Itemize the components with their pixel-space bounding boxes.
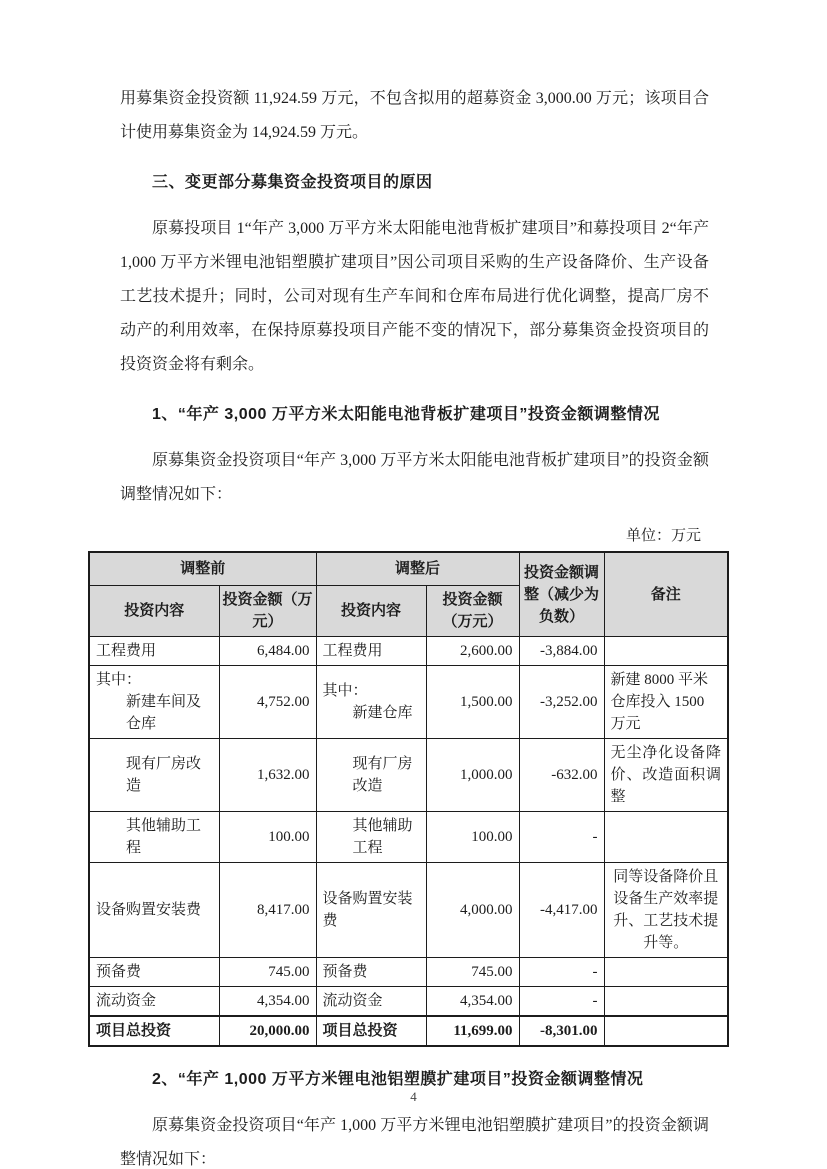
col-header-after-item: 投资内容 [316,586,426,637]
cell-remark: 同等设备降价且设备生产效率提升、工艺技术提升等。 [604,863,728,958]
col-header-before-item: 投资内容 [89,586,219,637]
table-row-working-capital: 流动资金 4,354.00 流动资金 4,354.00 - [89,987,728,1017]
table-body: 工程费用 6,484.00 工程费用 2,600.00 -3,884.00 其中… [89,637,728,1047]
cell-after-amount: 1,500.00 [426,666,519,739]
cell-after-amount: 745.00 [426,958,519,987]
table-row-equipment: 设备购置安装费 8,417.00 设备购置安装费 4,000.00 -4,417… [89,863,728,958]
cell-before-item: 其他辅助工程 [89,812,219,863]
cell-after-amount: 4,354.00 [426,987,519,1017]
col-header-after-amount: 投资金额（万元） [426,586,519,637]
cell-remark [604,637,728,666]
cell-before-item: 流动资金 [89,987,219,1017]
cell-adjustment: -8,301.00 [519,1016,604,1046]
cell-remark [604,987,728,1017]
cell-before-item: 预备费 [89,958,219,987]
col-header-adjustment: 投资金额调整（减少为负数） [519,552,604,637]
cell-adjustment: -3,252.00 [519,666,604,739]
cell-after-item: 工程费用 [316,637,426,666]
cell-after-amount: 11,699.00 [426,1016,519,1046]
cell-before-amount: 20,000.00 [219,1016,316,1046]
cell-adjustment: - [519,987,604,1017]
cell-before-amount: 4,354.00 [219,987,316,1017]
table-row-total: 项目总投资 20,000.00 项目总投资 11,699.00 -8,301.0… [89,1016,728,1046]
cell-remark: 新建 8000 平米仓库投入 1500 万元 [604,666,728,739]
col-header-before-group: 调整前 [89,552,316,586]
table-row-workshop-warehouse: 其中： 新建车间及仓库 4,752.00 其中： 新建仓库 1,500.00 -… [89,666,728,739]
cell-after-item: 项目总投资 [316,1016,426,1046]
cell-before-item: 其中： 新建车间及仓库 [89,666,219,739]
cell-after-amount: 100.00 [426,812,519,863]
adjustment-table: 调整前 调整后 投资金额调整（减少为负数） 备注 投资内容 投资金额（万元） 投… [88,551,729,1047]
table-row-plant-renovation: 现有厂房改造 1,632.00 现有厂房改造 1,000.00 -632.00 … [89,739,728,812]
cell-adjustment: -3,884.00 [519,637,604,666]
cell-after-item: 其他辅助工程 [316,812,426,863]
subsection1-paragraph: 原募集资金投资项目“年产 3,000 万平方米太阳能电池背板扩建项目”的投资金额… [120,444,709,512]
table-header: 调整前 调整后 投资金额调整（减少为负数） 备注 投资内容 投资金额（万元） 投… [89,552,728,637]
cell-before-amount: 4,752.00 [219,666,316,739]
section-heading: 三、变更部分募集资金投资项目的原因 [120,166,709,200]
document-page: 用募集资金投资额 11,924.59 万元，不包含拟用的超募资金 3,000.0… [0,0,827,1169]
col-header-after-group: 调整后 [316,552,519,586]
cell-before-prefix: 其中： [96,669,213,691]
cell-remark [604,1016,728,1046]
subsection1-heading: 1、“年产 3,000 万平方米太阳能电池背板扩建项目”投资金额调整情况 [120,398,709,432]
cell-before-item: 项目总投资 [89,1016,219,1046]
subsection2-paragraph: 原募集资金投资项目“年产 1,000 万平方米锂电池铝塑膜扩建项目”的投资金额调… [120,1109,709,1169]
header-row-groups: 调整前 调整后 投资金额调整（减少为负数） 备注 [89,552,728,586]
section-paragraph: 原募投项目 1“年产 3,000 万平方米太阳能电池背板扩建项目”和募投项目 2… [120,212,709,382]
col-header-remark: 备注 [604,552,728,637]
table-row-reserve: 预备费 745.00 预备费 745.00 - [89,958,728,987]
cell-before-item: 工程费用 [89,637,219,666]
cell-after-item: 其中： 新建仓库 [316,666,426,739]
cell-adjustment: - [519,958,604,987]
cell-after-item: 设备购置安装费 [316,863,426,958]
col-header-before-amount: 投资金额（万元） [219,586,316,637]
cell-adjustment: -632.00 [519,739,604,812]
cell-before-item: 现有厂房改造 [89,739,219,812]
cell-remark: 无尘净化设备降价、改造面积调整 [604,739,728,812]
cell-before-item: 设备购置安装费 [89,863,219,958]
cell-after-amount: 1,000.00 [426,739,519,812]
cell-before-amount: 100.00 [219,812,316,863]
cell-after-item: 现有厂房改造 [316,739,426,812]
cell-after-prefix: 其中： [323,680,420,702]
cell-after-item: 预备费 [316,958,426,987]
cell-before-amount: 1,632.00 [219,739,316,812]
table-row-engineering: 工程费用 6,484.00 工程费用 2,600.00 -3,884.00 [89,637,728,666]
page-number: 4 [0,1089,827,1105]
unit-label: 单位：万元 [88,524,701,545]
cell-after-amount: 4,000.00 [426,863,519,958]
cell-before-amount: 6,484.00 [219,637,316,666]
cell-remark [604,958,728,987]
cell-adjustment: -4,417.00 [519,863,604,958]
cell-adjustment: - [519,812,604,863]
cell-remark [604,812,728,863]
table-row-auxiliary-works: 其他辅助工程 100.00 其他辅助工程 100.00 - [89,812,728,863]
cell-before-amount: 745.00 [219,958,316,987]
cell-after-item: 流动资金 [316,987,426,1017]
cell-after-amount: 2,600.00 [426,637,519,666]
cell-before-amount: 8,417.00 [219,863,316,958]
paragraph-continuation: 用募集资金投资额 11,924.59 万元，不包含拟用的超募资金 3,000.0… [120,82,709,150]
